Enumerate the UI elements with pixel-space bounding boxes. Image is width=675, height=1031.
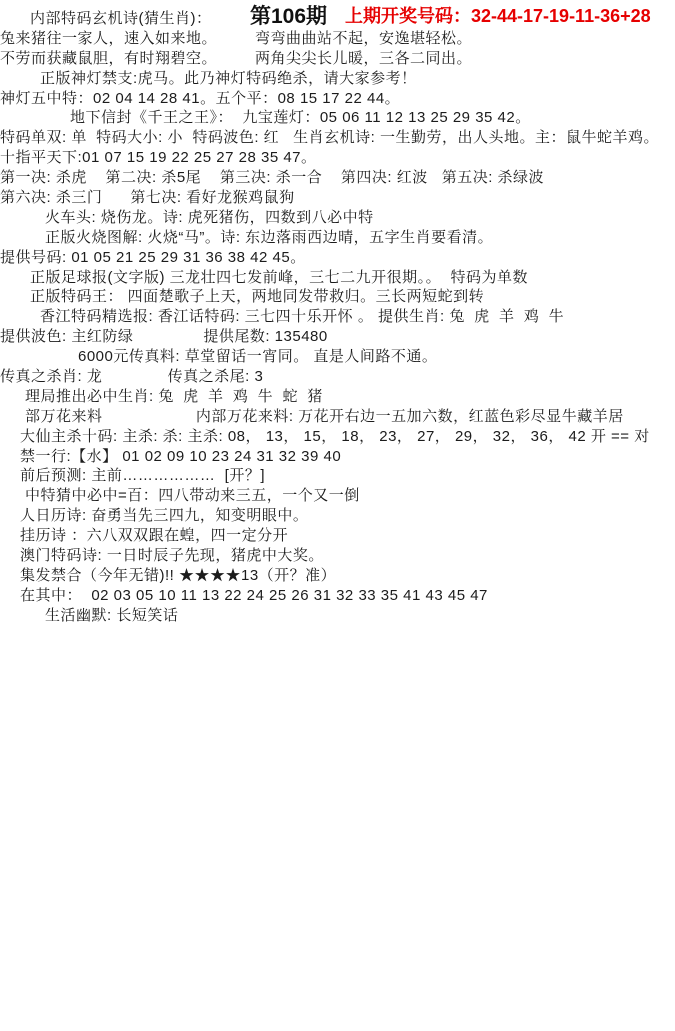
text-segment: 香江特码精选报: 香江话特码: 三七四十乐开怀 。 提供生肖: 兔 虎 羊 鸡 …	[40, 309, 564, 324]
text-segment: 第六决: 杀三门 第七决: 看好龙猴鸡鼠狗	[0, 190, 295, 205]
text-segment: 澳门特码诗: 一日时辰子先现，猪虎中大奖。	[20, 548, 324, 563]
text-segment: 正版神灯禁支:虎马。此乃神灯特码绝杀，请大家参考！	[40, 71, 417, 86]
text-line: 正版神灯禁支:虎马。此乃神灯特码绝杀，请大家参考！	[0, 67, 675, 87]
text-segment: 火车头: 烧伤龙。诗: 虎死猪伤，四数到八必中特	[45, 210, 374, 225]
text-line: 香江特码精选报: 香江话特码: 三七四十乐开怀 。 提供生肖: 兔 虎 羊 鸡 …	[0, 305, 675, 325]
issue-number: 第106期	[250, 6, 327, 27]
text-line: 挂历诗 ：六八双双跟在蝗，四一定分开	[0, 524, 675, 544]
text-segment: 人日历诗: 奋勇当先三四九，知变明眼中。	[20, 508, 308, 523]
text-line: 传真之杀肖: 龙 传真之杀尾: 3	[0, 365, 675, 385]
text-segment: 禁一行:【水】 01 02 09 10 23 24 31 32 39 40	[20, 449, 341, 464]
text-line: 澳门特码诗: 一日时辰子先现，猪虎中大奖。	[0, 544, 675, 564]
text-segment: 第一决: 杀虎 第二决: 杀5尾 第三决: 杀一合 第四决: 红波 第五决: 杀…	[0, 170, 544, 185]
text-segment: 神灯五中特：02 04 14 28 41。五个平：08 15 17 22 44。	[0, 91, 400, 106]
text-line: 十指平天下:01 07 15 19 22 25 27 28 35 47。	[0, 146, 675, 166]
text-line: 地下信封《千王之王》： 九宝莲灯：05 06 11 12 13 25 29 35…	[0, 107, 675, 127]
text-segment: 大仙主杀十码: 主杀: 杀: 主杀: 08， 13， 15， 18， 23， 2…	[20, 429, 650, 444]
text-segment: 理局推出必中生肖: 兔 虎 羊 鸡 牛 蛇 猪	[25, 389, 323, 404]
lottery-tip-sheet: 内部特码玄机诗(猜生肖)： 第106期 上期开奖号码：32-44-17-19-1…	[0, 0, 675, 1031]
text-segment: 正版足球报(文字版) 三龙壮四七发前峰，三七二九开很期。。 特码为单数	[30, 270, 528, 285]
text-line: 中特猜中必中=百：四八带动来三五，一个又一倒	[0, 484, 675, 504]
text-segment: 正版特码王： 四面楚歌子上天，两地同发带救归。三长两短蛇到转	[30, 289, 484, 304]
text-line: 集发禁合（今年无错)!! ★★★★13（开？准）	[0, 564, 675, 584]
text-segment: 弯弯曲曲站不起，安逸堪轻松。	[255, 31, 472, 46]
text-segment: 传真之杀肖: 龙 传真之杀尾: 3	[0, 369, 263, 384]
text-line: 特码单双: 单 特码大小: 小 特码波色: 红 生肖玄机诗: 一生勤劳，出人头地…	[0, 126, 675, 146]
text-segment: 特码单双: 单 特码大小: 小 特码波色: 红 生肖玄机诗: 一生勤劳，出人头地…	[0, 130, 659, 145]
text-line: 第一决: 杀虎 第二决: 杀5尾 第三决: 杀一合 第四决: 红波 第五决: 杀…	[0, 166, 675, 186]
text-line: 6000元传真料: 草堂留话一宵同。 直是人间路不通。	[0, 345, 675, 365]
text-line: 人日历诗: 奋勇当先三四九，知变明眼中。	[0, 504, 675, 524]
text-line: 正版特码王： 四面楚歌子上天，两地同发带救归。三长两短蛇到转	[0, 286, 675, 306]
text-segment: 部万花来料 内部万花来料: 万花开右边一五加六数，红蓝色彩尽显牛藏羊居	[25, 409, 624, 424]
text-line: 提供波色: 主红防绿 提供尾数: 135480	[0, 325, 675, 345]
text-line: 生活幽默: 长短笑话	[0, 604, 675, 624]
text-segment: 两角尖尖长儿暖，三各二同出。	[255, 51, 472, 66]
text-line: 不劳而获藏鼠胆，有时翔碧空。两角尖尖长儿暖，三各二同出。	[0, 47, 675, 67]
text-line: 神灯五中特：02 04 14 28 41。五个平：08 15 17 22 44。	[0, 87, 675, 107]
text-segment: 正版火烧图解: 火烧“马”。诗: 东边落雨西边晴，五字生肖要看清。	[45, 230, 493, 245]
text-line: 大仙主杀十码: 主杀: 杀: 主杀: 08， 13， 15， 18， 23， 2…	[0, 425, 675, 445]
text-segment: 兔来猪往一家人，速入如来地。	[0, 31, 217, 46]
text-lines-container: 兔来猪往一家人，速入如来地。弯弯曲曲站不起，安逸堪轻松。不劳而获藏鼠胆，有时翔碧…	[0, 27, 675, 624]
text-segment: 生活幽默: 长短笑话	[45, 608, 178, 623]
text-segment: 前后预测: 主前……………… [开？]	[20, 468, 265, 483]
text-segment: 提供号码: 01 05 21 25 29 31 36 38 42 45。	[0, 250, 306, 265]
text-line: 部万花来料 内部万花来料: 万花开右边一五加六数，红蓝色彩尽显牛藏羊居	[0, 405, 675, 425]
text-line: 在其中： 02 03 05 10 11 13 22 24 25 26 31 32…	[0, 584, 675, 604]
text-segment: 中特猜中必中=百：四八带动来三五，一个又一倒	[25, 488, 360, 503]
text-segment: 十指平天下:01 07 15 19 22 25 27 28 35 47。	[0, 150, 317, 165]
text-segment: 挂历诗 ：六八双双跟在蝗，四一定分开	[20, 528, 288, 543]
text-segment: 6000元传真料: 草堂留话一宵同。 直是人间路不通。	[78, 349, 437, 364]
text-line: 正版火烧图解: 火烧“马”。诗: 东边落雨西边晴，五字生肖要看清。	[0, 226, 675, 246]
text-line: 理局推出必中生肖: 兔 虎 羊 鸡 牛 蛇 猪	[0, 385, 675, 405]
text-segment: 不劳而获藏鼠胆，有时翔碧空。	[0, 51, 217, 66]
text-line: 火车头: 烧伤龙。诗: 虎死猪伤，四数到八必中特	[0, 206, 675, 226]
text-line: 兔来猪往一家人，速入如来地。弯弯曲曲站不起，安逸堪轻松。	[0, 27, 675, 47]
text-line: 前后预测: 主前……………… [开？]	[0, 465, 675, 485]
text-segment: 提供波色: 主红防绿 提供尾数: 135480	[0, 329, 328, 344]
text-line: 提供号码: 01 05 21 25 29 31 36 38 42 45。	[0, 246, 675, 266]
text-line: 正版足球报(文字版) 三龙壮四七发前峰，三七二九开很期。。 特码为单数	[0, 266, 675, 286]
text-segment: 地下信封《千王之王》： 九宝莲灯：05 06 11 12 13 25 29 35…	[70, 110, 531, 125]
text-segment: 在其中： 02 03 05 10 11 13 22 24 25 26 31 32…	[20, 588, 488, 603]
sheet-header: 内部特码玄机诗(猜生肖)： 第106期 上期开奖号码：32-44-17-19-1…	[0, 5, 675, 27]
text-line: 禁一行:【水】 01 02 09 10 23 24 31 32 39 40	[0, 445, 675, 465]
last-draw-result: 上期开奖号码：32-44-17-19-11-36+28	[345, 7, 651, 25]
text-segment: 集发禁合（今年无错)!! ★★★★13（开？准）	[20, 568, 336, 583]
inner-poem-title: 内部特码玄机诗(猜生肖)：	[30, 11, 212, 26]
text-line: 第六决: 杀三门 第七决: 看好龙猴鸡鼠狗	[0, 186, 675, 206]
